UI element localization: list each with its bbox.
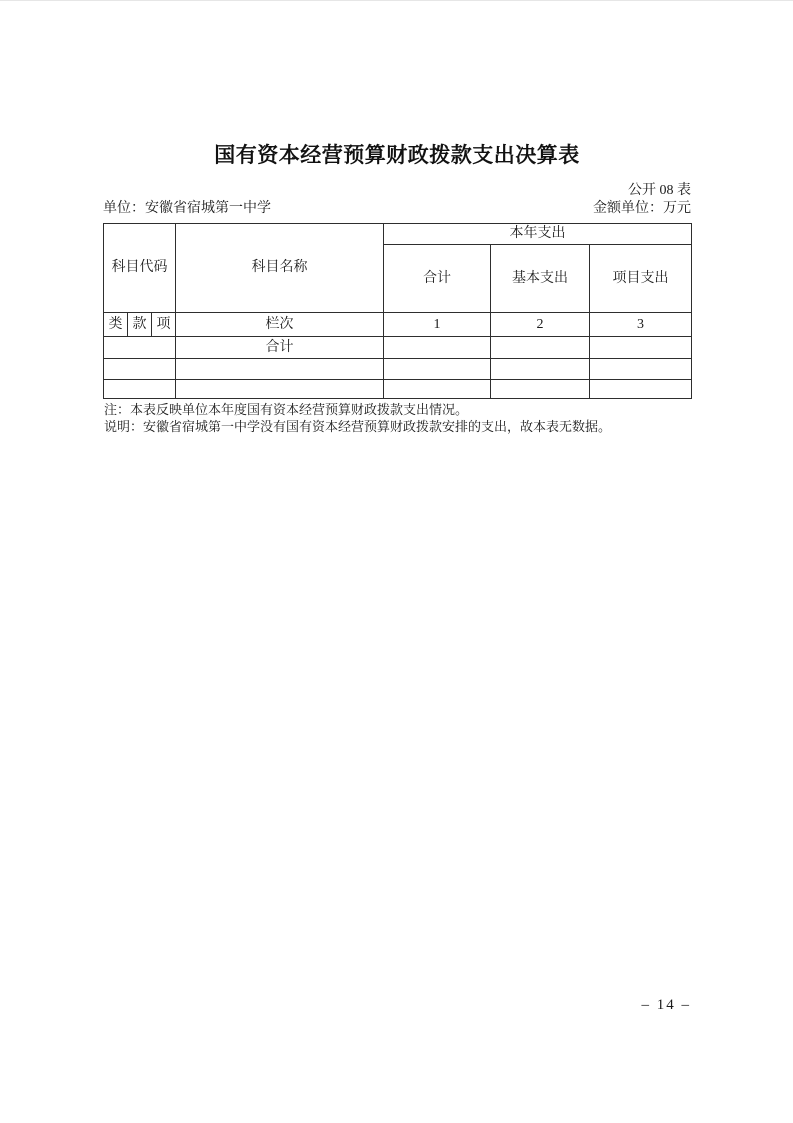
- unit-label: 单位：安徽省宿城第一中学: [103, 200, 271, 217]
- table-row-empty: [104, 380, 692, 399]
- cell-basic: [491, 337, 590, 359]
- expenditure-table: 科目代码 科目名称 本年支出 合计 基本支出 项目支出 类 款 项 栏次: [103, 223, 692, 399]
- header-project-expenditure: 项目支出: [590, 245, 692, 313]
- meta-row: 单位：安徽省宿城第一中学 金额单位：万元: [103, 200, 691, 217]
- header-subject-name: 科目名称: [176, 224, 384, 313]
- header-section: 款: [128, 313, 152, 337]
- header-current-year-expenditure: 本年支出: [384, 224, 692, 245]
- content-area: 国有资本经营预算财政拨款支出决算表 公开 08 表 单位：安徽省宿城第一中学 金…: [103, 1, 691, 1123]
- header-class: 类: [104, 313, 128, 337]
- column-index-3: 3: [590, 313, 692, 337]
- header-basic-expenditure: 基本支出: [491, 245, 590, 313]
- cell-project: [590, 380, 692, 399]
- header-subject-code: 科目代码: [104, 224, 176, 313]
- cell-code: [104, 380, 176, 399]
- document-page: 国有资本经营预算财政拨款支出决算表 公开 08 表 单位：安徽省宿城第一中学 金…: [0, 0, 793, 1123]
- header-total: 合计: [384, 245, 491, 313]
- cell-total: [384, 380, 491, 399]
- table-container: 科目代码 科目名称 本年支出 合计 基本支出 项目支出 类 款 项 栏次: [103, 223, 691, 399]
- table-row-total: 合计: [104, 337, 692, 359]
- cell-total: [384, 359, 491, 380]
- form-code-label: 公开 08 表: [628, 182, 691, 199]
- amount-unit-label: 金额单位：万元: [593, 200, 691, 217]
- cell-code: [104, 337, 176, 359]
- table-row-empty: [104, 359, 692, 380]
- cell-name: 合计: [176, 337, 384, 359]
- cell-project: [590, 337, 692, 359]
- cell-name: [176, 359, 384, 380]
- cell-basic: [491, 380, 590, 399]
- header-column-label: 栏次: [176, 313, 384, 337]
- column-index-1: 1: [384, 313, 491, 337]
- cell-project: [590, 359, 692, 380]
- column-index-2: 2: [491, 313, 590, 337]
- header-item: 项: [152, 313, 176, 337]
- table-explanation: 说明：安徽省宿城第一中学没有国有资本经营预算财政拨款安排的支出，故本表无数据。: [104, 419, 611, 435]
- page-number: – 14 –: [642, 996, 692, 1014]
- cell-basic: [491, 359, 590, 380]
- column-index-row: 类 款 项 栏次 1 2 3: [104, 313, 692, 337]
- header-row-1: 科目代码 科目名称 本年支出: [104, 224, 692, 245]
- page-title: 国有资本经营预算财政拨款支出决算表: [103, 143, 691, 169]
- table-note: 注：本表反映单位本年度国有资本经营预算财政拨款支出情况。: [104, 402, 468, 418]
- cell-code: [104, 359, 176, 380]
- cell-total: [384, 337, 491, 359]
- cell-name: [176, 380, 384, 399]
